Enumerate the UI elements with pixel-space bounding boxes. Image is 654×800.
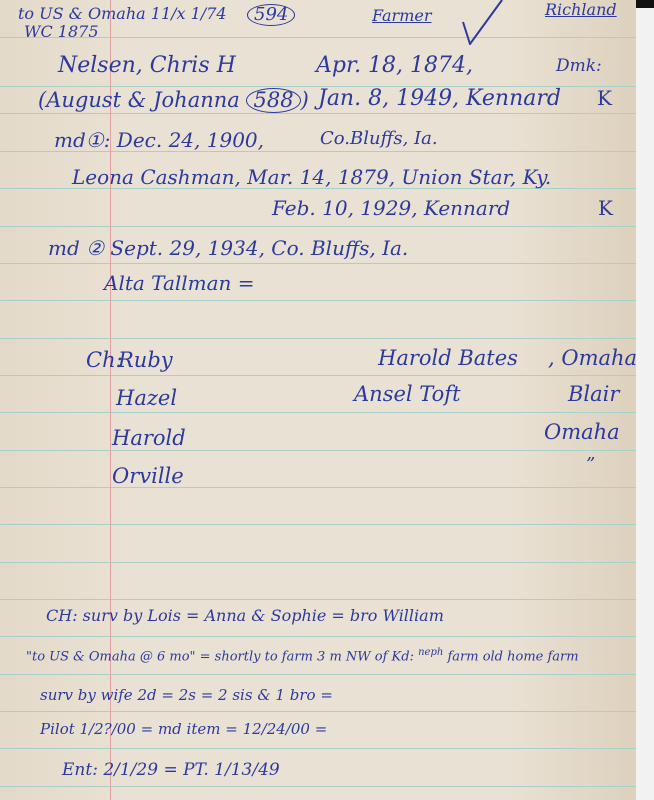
spouse2-name: Alta Tallman = <box>104 273 255 293</box>
spouse1-death-marker: K <box>598 198 613 218</box>
marriage2-info: md ② Sept. 29, 1934, Co. Bluffs, Ia. <box>48 238 408 258</box>
death-info: Jan. 8, 1949, Kennard <box>318 88 561 110</box>
birth-place: Dmk: <box>556 58 602 75</box>
notebook-page: to US & Omaha 11/x 1/74 WC 1875 594 Farm… <box>0 0 636 800</box>
scanner-edge <box>636 0 654 800</box>
township: Richland <box>545 2 617 18</box>
note-line-3: surv by wife 2d = 2s = 2 sis & 1 bro = <box>40 688 333 703</box>
ruled-line <box>0 562 636 563</box>
child-name: Hazel <box>116 388 177 409</box>
child-name: Ruby <box>118 350 173 371</box>
ruled-line <box>0 524 636 525</box>
note-line-1: CH: surv by Lois = Anna & Sophie = bro W… <box>46 608 444 624</box>
ruled-line <box>0 599 636 600</box>
ruled-line <box>0 226 636 227</box>
parents-close: ) <box>301 88 309 112</box>
arrival-note: to US & Omaha 11/x 1/74 <box>18 6 227 22</box>
death-marker: K <box>597 88 612 108</box>
ruled-line <box>0 674 636 675</box>
note-line-2-text: "to US & Omaha @ 6 mo" = shortly to farm… <box>26 649 414 664</box>
child-place: Omaha <box>544 422 620 443</box>
child-name: Harold <box>112 428 186 449</box>
checkmark-icon <box>460 0 505 45</box>
ruled-line <box>0 375 636 376</box>
child-place: ” <box>586 456 595 474</box>
ruled-line <box>0 786 636 787</box>
record-number-circle: 594 <box>247 4 295 26</box>
occupation: Farmer <box>372 8 432 24</box>
ruled-line <box>0 711 636 712</box>
wc-note: WC 1875 <box>24 24 99 40</box>
ruled-line <box>0 338 636 339</box>
note-line-2-end: farm old home farm <box>447 649 578 664</box>
note-line-2-superscript: neph <box>418 647 443 658</box>
child-place: Blair <box>568 384 619 405</box>
subject-name: Nelsen, Chris H <box>58 55 236 77</box>
note-line-5: Ent: 2/1/29 = PT. 1/13/49 <box>62 762 280 779</box>
scanner-edge-dark <box>636 0 654 8</box>
ruled-line <box>0 300 636 301</box>
margin-line <box>110 0 111 800</box>
marriage1-date: md①: Dec. 24, 1900, <box>54 130 264 150</box>
marriage1-place: Co.Bluffs, Ia. <box>320 130 438 148</box>
ruled-line <box>0 263 636 264</box>
child-place: , Omaha <box>548 348 637 369</box>
parents-record-number: 588 <box>246 88 300 113</box>
ruled-line <box>0 487 636 488</box>
spouse1-death: Feb. 10, 1929, Kennard <box>272 198 510 218</box>
note-line-4: Pilot 1/2?/00 = md item = 12/24/00 = <box>40 722 327 737</box>
birth-date: Apr. 18, 1874, <box>316 55 473 77</box>
child-spouse: Ansel Toft <box>354 384 461 405</box>
ruled-line <box>0 748 636 749</box>
parents-names: (August & Johanna <box>38 88 240 112</box>
ruled-line <box>0 412 636 413</box>
child-name: Orville <box>112 466 184 487</box>
record-number: 594 <box>247 4 295 26</box>
note-line-2: "to US & Omaha @ 6 mo" = shortly to farm… <box>26 648 579 663</box>
ruled-line <box>0 113 636 114</box>
child-spouse: Harold Bates <box>378 348 518 369</box>
parents: (August & Johanna 588) <box>38 88 309 113</box>
ruled-line <box>0 636 636 637</box>
ruled-line <box>0 450 636 451</box>
spouse1-info: Leona Cashman, Mar. 14, 1879, Union Star… <box>72 167 551 187</box>
